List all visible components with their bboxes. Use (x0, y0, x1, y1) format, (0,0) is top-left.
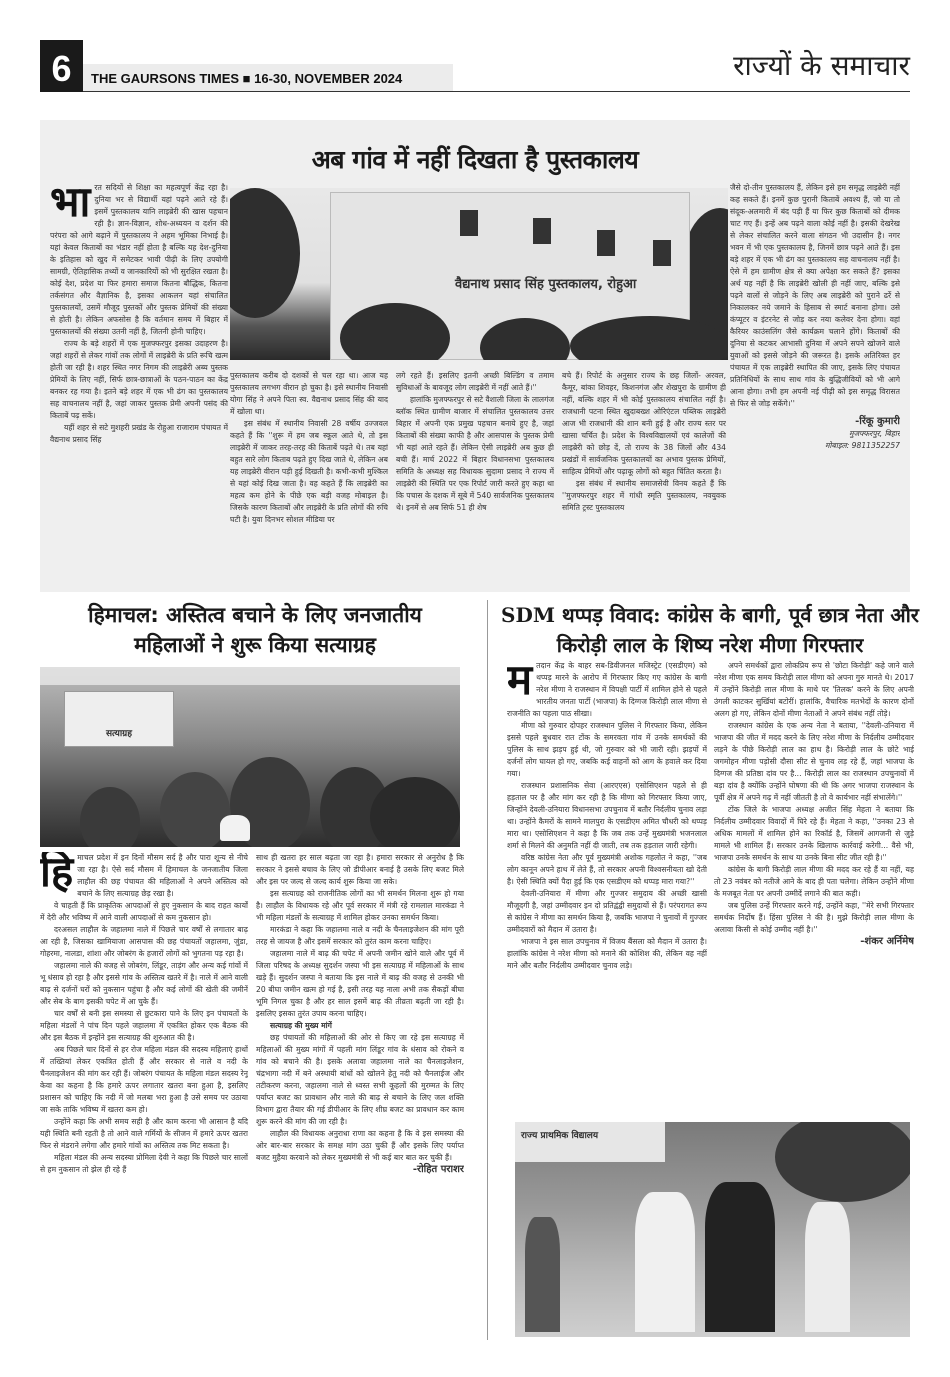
arrest-scuffle-photo: राज्य प्राथमिक विद्यालय (515, 1122, 910, 1337)
article-himachal-col1: हि माचल प्रदेश में इन दिनों मौसम सर्द है… (40, 852, 248, 1176)
author-name: -रोहित पराशर (256, 1164, 464, 1176)
section-title: राज्यों के समाचार (733, 46, 910, 84)
page-number: 6 (40, 40, 83, 92)
drop-cap: भा (50, 184, 90, 220)
author-location: मुजफ्फरपुर, बिहार (730, 428, 900, 440)
article-library-col4: बचे हैं। रिपोर्ट के अनुसार राज्य के छह ज… (562, 370, 726, 514)
publication-bar: THE GAURSONS TIMES ■ 16-30, NOVEMBER 202… (83, 64, 453, 92)
protest-banner: सत्याग्रह (64, 691, 174, 747)
article-library-headline: अब गांव में नहीं दिखता है पुस्तकालय (40, 142, 910, 176)
drop-cap: हि (40, 854, 73, 890)
drop-cap: म (507, 662, 532, 698)
article-library-col2: पुस्तकालय करीब दो दशकों से चल रहा था। आज… (230, 370, 388, 526)
article-sdm-col1: म तदान केंद्र के बाहर सब-डिवीजनल मजिस्ट्… (507, 660, 707, 972)
masthead: 6 THE GAURSONS TIMES ■ 16-30, NOVEMBER 2… (40, 40, 910, 92)
author-name: -रिंकू कुमारी (730, 416, 900, 428)
article-library-col5: जैसे दो-तीन पुस्तकालय हैं, लेकिन इसे हम … (730, 182, 900, 452)
article-library: अब गांव में नहीं दिखता है पुस्तकालय भा र… (40, 120, 910, 592)
library-building-photo: वैद्यनाथ प्रसाद सिंह पुस्तकालय, रोहुआ (230, 188, 728, 360)
subheading: सत्याग्रह की मुख्य मांगें (256, 1020, 464, 1032)
column-divider (487, 600, 488, 1340)
author-mobile: मोबाइल: 9811352257 (730, 440, 900, 452)
author-name: -शंकर अर्निमेष (714, 936, 914, 948)
article-himachal-headline: हिमाचल: अस्तित्व बचाने के लिए जनजातीय मह… (40, 600, 470, 660)
masthead-rule (83, 91, 910, 92)
school-sign: राज्य प्राथमिक विद्यालय (515, 1122, 665, 1162)
article-himachal-col2: साथ ही खतरा हर साल बढ़ता जा रहा है। हमार… (256, 852, 464, 1176)
article-library-col3: लगे रहते हैं। इसलिए इतनी अच्छी बिल्डिंग … (396, 370, 554, 514)
protest-women-photo: सत्याग्रह (40, 667, 460, 847)
library-sign: वैद्यनाथ प्रसाद सिंह पुस्तकालय, रोहुआ (455, 274, 636, 292)
article-library-col1: भा रत सदियों से शिक्षा का महत्वपूर्ण कें… (50, 182, 228, 446)
article-sdm-col2: अपने समर्थकों द्वारा लोकप्रिय रूप से 'छो… (714, 660, 914, 948)
article-sdm-headline: SDM थप्पड़ विवाद: कांग्रेस के बागी, पूर्… (500, 600, 920, 660)
